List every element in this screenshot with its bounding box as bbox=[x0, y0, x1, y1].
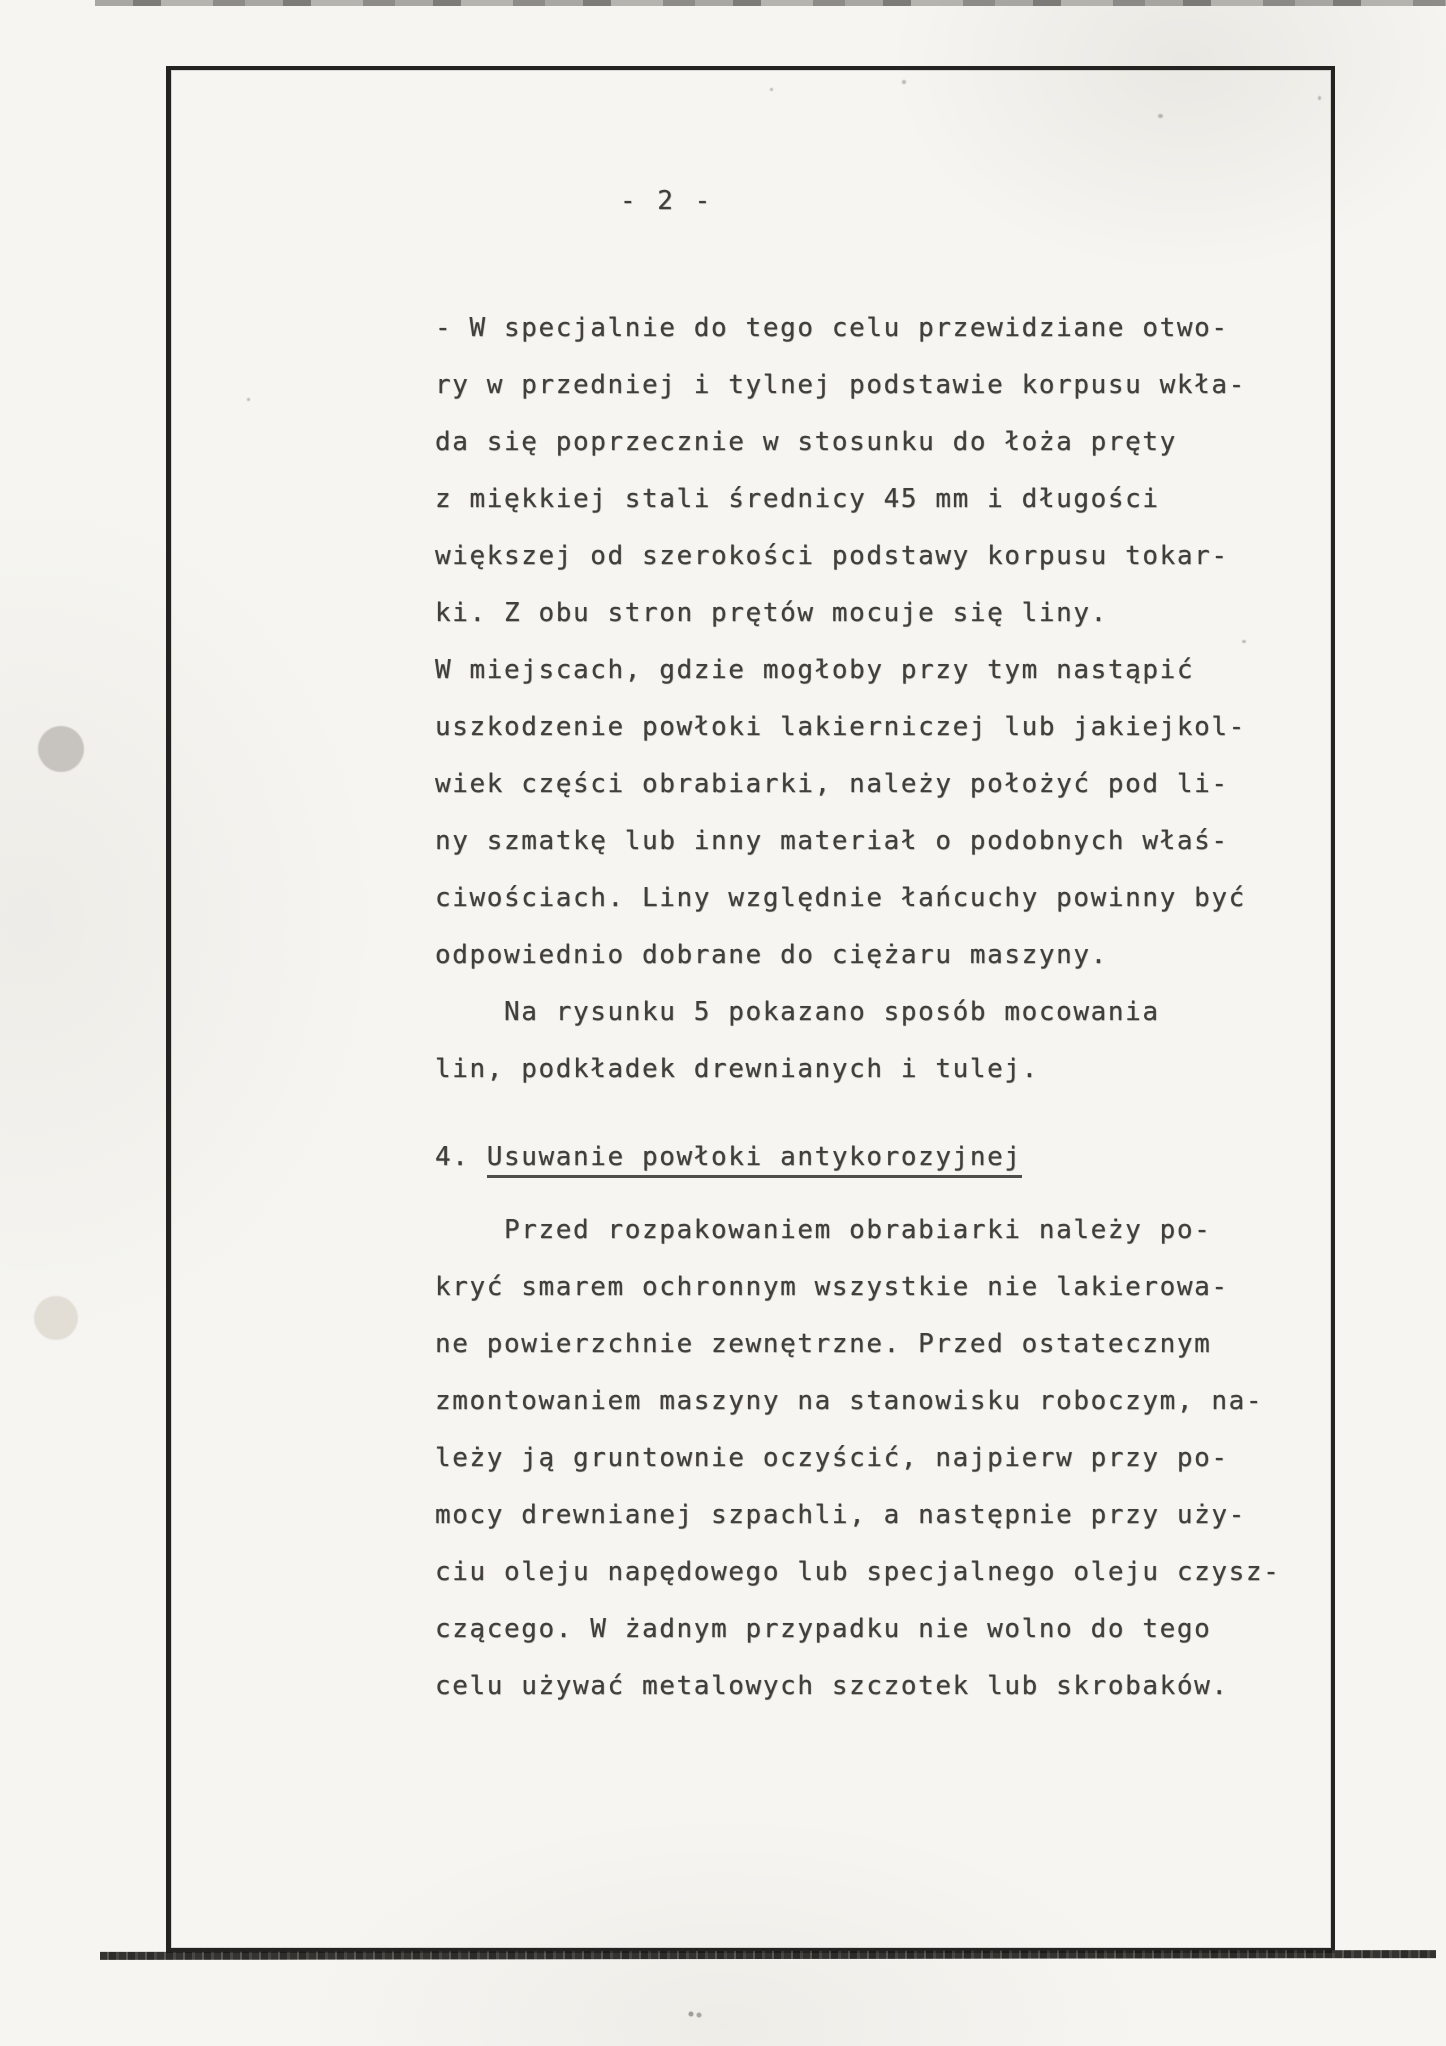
paragraph-coating-removal: Przed rozpakowaniem obrabiarki należy po… bbox=[435, 1202, 1315, 1715]
section-title: Usuwanie powłoki antykorozyjnej bbox=[487, 1142, 1022, 1178]
scan-speck bbox=[247, 398, 250, 401]
scan-speck bbox=[770, 88, 773, 91]
scan-bottom-edge-line bbox=[100, 1950, 1436, 1960]
hole-punch-mark-1 bbox=[38, 726, 84, 772]
bottom-smudge-mark bbox=[688, 2010, 704, 2019]
hole-punch-mark-2 bbox=[34, 1296, 78, 1340]
scan-speck bbox=[1158, 114, 1163, 118]
scanned-document-page: - 2 - - W specjalnie do tego celu przewi… bbox=[0, 0, 1446, 2046]
scan-speck bbox=[1318, 96, 1321, 100]
page-number: - 2 - bbox=[620, 186, 713, 216]
scan-speck bbox=[1242, 640, 1246, 643]
scanner-edge-artifact bbox=[95, 0, 1446, 6]
section-number: 4. bbox=[435, 1142, 487, 1172]
paragraph-figure-reference: Na rysunku 5 pokazano sposób mocowania l… bbox=[435, 984, 1315, 1098]
document-body: - W specjalnie do tego celu przewidziane… bbox=[435, 300, 1315, 1715]
section-heading: 4. Usuwanie powłoki antykorozyjnej bbox=[435, 1129, 1315, 1186]
paragraph-transport-rods: - W specjalnie do tego celu przewidziane… bbox=[435, 300, 1315, 984]
scan-speck bbox=[902, 80, 906, 84]
